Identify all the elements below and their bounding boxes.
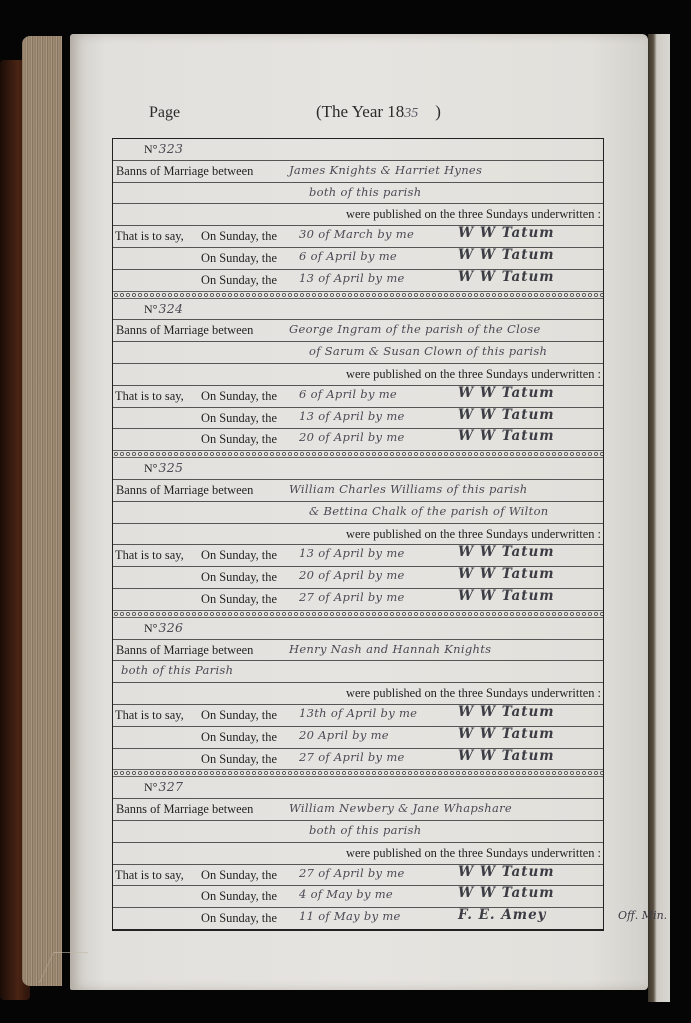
names-row: Banns of Marriage between William Charle… xyxy=(113,480,603,502)
page-label: Page xyxy=(149,104,180,122)
sunday-date: 20 of April by me xyxy=(299,427,405,448)
sunday-date: 4 of May by me xyxy=(299,884,393,905)
sunday-date: 6 of April by me xyxy=(299,246,397,267)
names-continued-row: & Bettina Chalk of the parish of Wilton xyxy=(113,502,603,524)
signature: F. E. Amey xyxy=(458,905,547,926)
year-label: (The Year 1835 ) xyxy=(316,102,441,122)
sunday-date: 30 of March by me xyxy=(299,224,414,245)
banns-entry: N°323 Banns of Marriage between James Kn… xyxy=(113,139,603,291)
signature: W W Tatum xyxy=(458,702,555,723)
banns-label: Banns of Marriage between xyxy=(116,799,253,820)
sunday-date: 13 of April by me xyxy=(299,406,405,427)
names-row: Banns of Marriage between William Newber… xyxy=(113,799,603,821)
banns-entry: N°326 Banns of Marriage between Henry Na… xyxy=(113,618,603,770)
signature: W W Tatum xyxy=(458,586,555,607)
entry-number: 327 xyxy=(158,779,183,794)
sunday-date: 13th of April by me xyxy=(299,703,417,724)
page-stack-edge xyxy=(22,36,62,986)
banns-label: Banns of Marriage between xyxy=(116,640,253,661)
sunday-date: 20 April by me xyxy=(299,725,389,746)
sunday-date: 27 of April by me xyxy=(299,747,405,768)
entry-number: 323 xyxy=(158,141,183,156)
published-label: were published on the three Sundays unde… xyxy=(346,524,601,545)
names-row: Banns of Marriage between George Ingram … xyxy=(113,320,603,342)
sunday-date: 13 of April by me xyxy=(299,543,405,564)
ornamental-divider xyxy=(113,291,603,299)
names-row: Banns of Marriage between James Knights … xyxy=(113,161,603,183)
entry-number-row: N°325 xyxy=(113,458,603,480)
banns-label: Banns of Marriage between xyxy=(116,320,253,341)
signature: W W Tatum xyxy=(458,223,555,244)
couple-names: William Charles Williams of this parish xyxy=(289,479,528,500)
page-header: Page (The Year 1835 ) xyxy=(0,100,691,124)
ornamental-divider xyxy=(113,769,603,777)
sunday-row: On Sunday, the 27 of April by me W W Tat… xyxy=(113,589,603,610)
names-continued-row: of Sarum & Susan Clown of this parish xyxy=(113,342,603,364)
couple-names: Henry Nash and Hannah Knights xyxy=(289,639,491,660)
published-label: were published on the three Sundays unde… xyxy=(346,204,601,225)
signature: W W Tatum xyxy=(458,383,555,404)
couple-parish: both of this Parish xyxy=(121,660,233,681)
signature: W W Tatum xyxy=(458,883,555,904)
published-label: were published on the three Sundays unde… xyxy=(346,843,601,864)
sunday-date: 27 of April by me xyxy=(299,587,405,608)
couple-names: James Knights & Harriet Hynes xyxy=(289,160,482,181)
couple-parish: of Sarum & Susan Clown of this parish xyxy=(309,341,547,362)
names-row: Banns of Marriage between Henry Nash and… xyxy=(113,640,603,662)
banns-entry: N°327 Banns of Marriage between William … xyxy=(113,777,603,929)
signature: W W Tatum xyxy=(458,862,555,883)
sunday-date: 6 of April by me xyxy=(299,384,397,405)
entry-number: 326 xyxy=(158,620,183,635)
published-label: were published on the three Sundays unde… xyxy=(346,364,601,385)
banns-label: Banns of Marriage between xyxy=(116,161,253,182)
sunday-row: On Sunday, the 11 of May by me F. E. Ame… xyxy=(113,908,603,929)
entry-number-row: N°323 xyxy=(113,139,603,161)
signature: W W Tatum xyxy=(458,746,555,767)
banns-label: Banns of Marriage between xyxy=(116,480,253,501)
signature: W W Tatum xyxy=(458,564,555,585)
signature: W W Tatum xyxy=(458,245,555,266)
signature: W W Tatum xyxy=(458,724,555,745)
signature: W W Tatum xyxy=(458,405,555,426)
couple-parish: & Bettina Chalk of the parish of Wilton xyxy=(309,501,549,522)
entry-number: 325 xyxy=(158,460,183,475)
entry-number: 324 xyxy=(158,301,183,316)
banns-entry: N°325 Banns of Marriage between William … xyxy=(113,458,603,610)
signature: W W Tatum xyxy=(458,542,555,563)
sunday-date: 20 of April by me xyxy=(299,565,405,586)
sunday-date: 13 of April by me xyxy=(299,268,405,289)
ornamental-divider xyxy=(113,450,603,458)
sunday-row: On Sunday, the 20 of April by me W W Tat… xyxy=(113,429,603,450)
sunday-date: 27 of April by me xyxy=(299,863,405,884)
officiating-minister-note: Off. Min. xyxy=(618,906,667,927)
banns-register-table: N°323 Banns of Marriage between James Kn… xyxy=(112,138,604,931)
names-continued-row: both of this Parish xyxy=(113,661,603,683)
signature: W W Tatum xyxy=(458,426,555,447)
ornamental-divider xyxy=(113,610,603,618)
banns-entry: N°324 Banns of Marriage between George I… xyxy=(113,299,603,451)
signature: W W Tatum xyxy=(458,267,555,288)
names-continued-row: both of this parish xyxy=(113,183,603,205)
couple-names: George Ingram of the parish of the Close xyxy=(289,319,541,340)
year-handwritten: 35 xyxy=(404,106,418,121)
entry-number-row: N°326 xyxy=(113,618,603,640)
published-label: were published on the three Sundays unde… xyxy=(346,683,601,704)
names-continued-row: both of this parish xyxy=(113,821,603,843)
entry-number-row: N°327 xyxy=(113,777,603,799)
couple-names: William Newbery & Jane Whapshare xyxy=(289,798,512,819)
next-page-edge xyxy=(648,34,670,1002)
sunday-row: On Sunday, the 13 of April by me W W Tat… xyxy=(113,270,603,291)
sunday-row: On Sunday, the 27 of April by me W W Tat… xyxy=(113,749,603,770)
entry-number-row: N°324 xyxy=(113,299,603,321)
sunday-date: 11 of May by me xyxy=(299,906,401,927)
couple-parish: both of this parish xyxy=(309,820,421,841)
couple-parish: both of this parish xyxy=(309,182,421,203)
